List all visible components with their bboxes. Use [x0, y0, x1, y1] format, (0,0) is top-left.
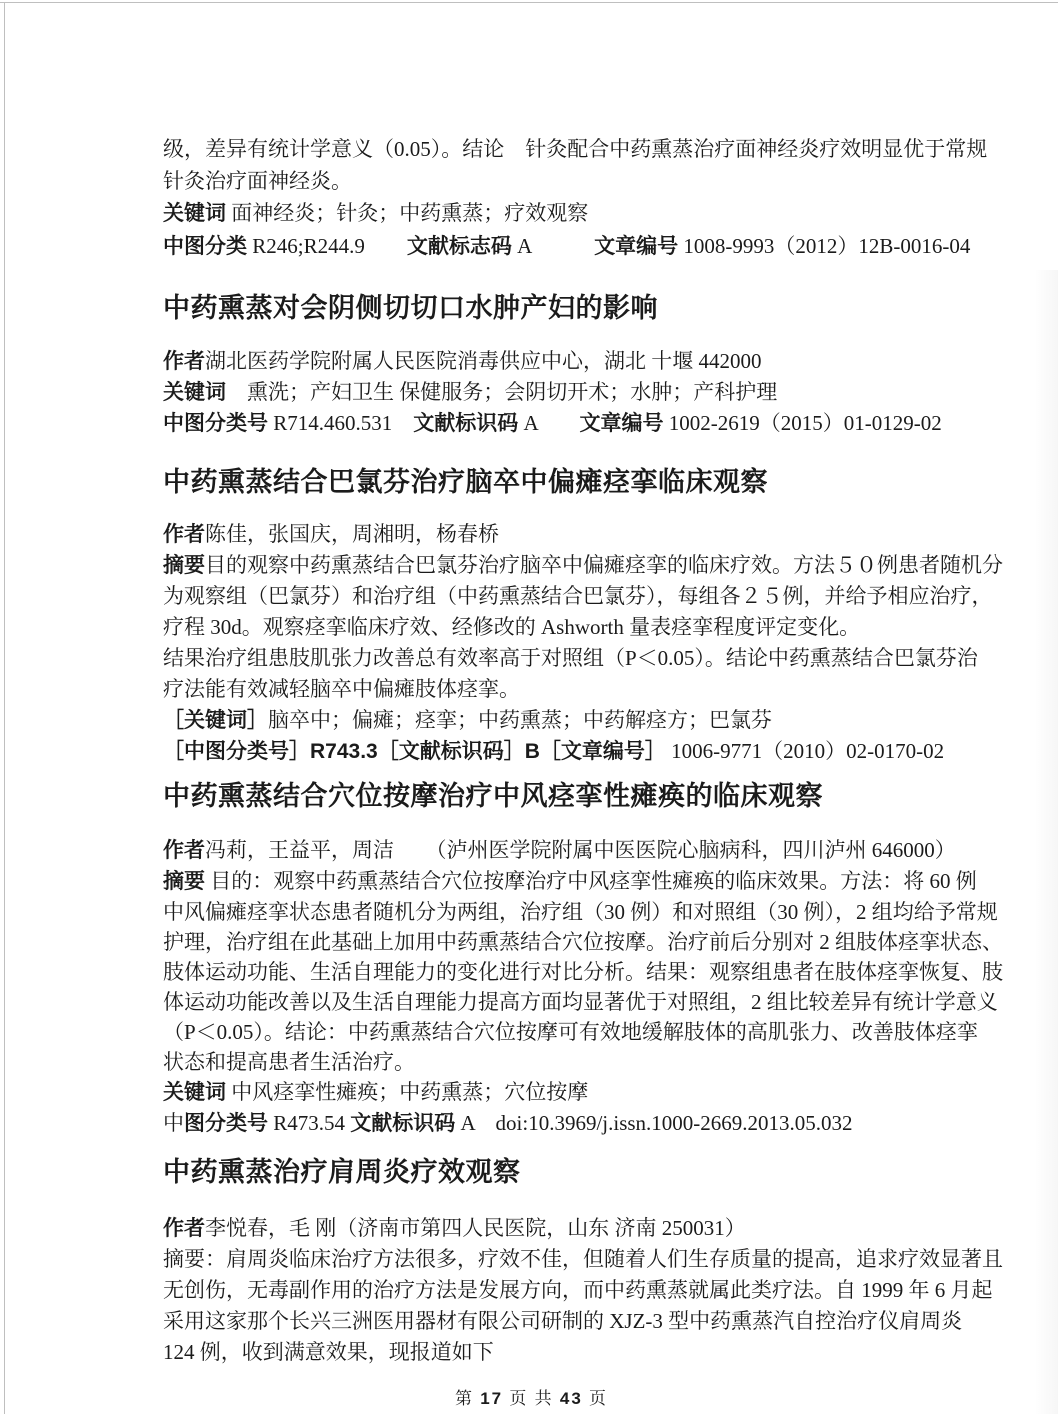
bold-label: R743.3	[310, 740, 378, 763]
classification-line: 中图分类 R246;R244.9 文献标志码 A 文章编号 1008-9993（…	[163, 230, 900, 263]
text-run: 目的：观察中药熏蒸结合穴位按摩治疗中风痉挛性瘫痪的临床效果。方法：将 60 例	[205, 869, 977, 893]
abstract-line: 疗程 30d。观察痉挛临床疗效、经修改的 Ashworth 量表痉挛程度评定变化…	[163, 612, 900, 643]
text-run: 体运动功能改善以及生活自理能力提高方面均显著优于对照组，2 组比较差异有统计学意…	[163, 990, 998, 1014]
author-line: 作者冯莉，王益平，周洁 （泸州医学院附属中医医院心脑病科，四川泸州 646000…	[163, 835, 900, 866]
text-run: 为观察组（巴氯芬）和治疗组（中药熏蒸结合巴氯芬），每组各２５例，并给予相应治疗，	[163, 584, 993, 608]
text-run: 护理，治疗组在此基础上加用中药熏蒸结合穴位按摩。治疗前后分别对 2 组肢体痉挛状…	[163, 930, 1003, 954]
text-run: 结果治疗组患肢肌张力改善总有效率高于对照组（P＜0.05）。结论中药熏蒸结合巴氯…	[163, 646, 978, 670]
document-page: { "page": { "background": "#ffffff", "te…	[0, 0, 1058, 1414]
abstract-line: 疗法能有效减轻脑卒中偏瘫肢体痉挛。	[163, 674, 900, 705]
text-run: R714.460.531	[268, 411, 413, 435]
article-section-4: 中药熏蒸结合穴位按摩治疗中风痉挛性瘫痪的临床观察 作者冯莉，王益平，周洁 （泸州…	[163, 777, 900, 1139]
bold-label: B	[525, 740, 540, 763]
bold-label: ［中图分类号］	[163, 740, 310, 763]
text-run: （P＜0.05）。结论：中药熏蒸结合穴位按摩可有效地缓解肢体的高肌张力、改善肢体…	[163, 1020, 978, 1044]
text-run: 目的观察中药熏蒸结合巴氯芬治疗脑卒中偏瘫痉挛的临床疗效。方法５０例患者随机分	[205, 553, 1003, 577]
text-run: 冯莉，王益平，周洁 （泸州医学院附属中医医院心脑病科，四川泸州 646000）	[205, 838, 956, 862]
abstract-line: 摘要 目的：观察中药熏蒸结合穴位按摩治疗中风痉挛性瘫痪的临床效果。方法：将 60…	[163, 866, 900, 897]
abstract-line: 结果治疗组患肢肌张力改善总有效率高于对照组（P＜0.05）。结论中药熏蒸结合巴氯…	[163, 643, 900, 674]
text-run: 中风痉挛性瘫痪；中药熏蒸；穴位按摩	[226, 1080, 588, 1104]
abstract-line: 采用这家那个长兴三洲医用器材有限公司研制的 XJZ-3 型中药熏蒸汽自控治疗仪肩…	[163, 1306, 900, 1337]
text-run: 页	[583, 1389, 608, 1408]
abstract-line: 体运动功能改善以及生活自理能力提高方面均显著优于对照组，2 组比较差异有统计学意…	[163, 987, 900, 1017]
author-line: 作者湖北医药学院附属人民医院消毒供应中心，湖北 十堰 442000	[163, 346, 900, 377]
bold-label: 摘要	[163, 554, 205, 577]
article-section-2: 中药熏蒸对会阴侧切切口水肿产妇的影响 作者湖北医药学院附属人民医院消毒供应中心，…	[163, 289, 900, 439]
bold-label: 中图分类	[163, 235, 247, 258]
text-line: 级，差异有统计学意义（0.05）。结论 针灸配合中药熏蒸治疗面神经炎疗效明显优于…	[163, 133, 900, 165]
abstract-line: 肢体运动功能、生活自理能力的变化进行对比分析。结果：观察组患者在肢体痉挛恢复、肢	[163, 957, 900, 987]
abstract-line: 无创伤，无毒副作用的治疗方法是发展方向，而中药熏蒸就属此类疗法。自 1999 年…	[163, 1275, 900, 1306]
article-title: 中药熏蒸对会阴侧切切口水肿产妇的影响	[163, 289, 900, 327]
text-run: A	[512, 234, 594, 258]
text-run: 采用这家那个长兴三洲医用器材有限公司研制的 XJZ-3 型中药熏蒸汽自控治疗仪肩…	[163, 1309, 962, 1333]
text-run: 第	[455, 1389, 480, 1408]
article-title: 中药熏蒸治疗肩周炎疗效观察	[163, 1153, 900, 1191]
page-edge-left-line	[4, 2, 5, 1414]
keywords-line: 关键词 面神经炎；针灸；中药熏蒸；疗效观察	[163, 197, 900, 230]
bold-label: 图分类号	[184, 1112, 268, 1135]
text-run: 级，差异有统计学意义（0.05）。结论 针灸配合中药熏蒸治疗面神经炎疗效明显优于…	[163, 137, 987, 161]
text-run: R473.54	[268, 1111, 350, 1135]
classification-line: ［中图分类号］R743.3［文献标识码］B［文章编号］ 1006-9771（20…	[163, 736, 900, 767]
text-run: R246;R244.9	[247, 234, 407, 258]
article-section-3: 中药熏蒸结合巴氯芬治疗脑卒中偏瘫痉挛临床观察 作者陈佳，张国庆，周湘明，杨春桥 …	[163, 463, 900, 767]
bold-label: 文献标识码	[350, 1112, 455, 1135]
abstract-line: 为观察组（巴氯芬）和治疗组（中药熏蒸结合巴氯芬），每组各２５例，并给予相应治疗，	[163, 581, 900, 612]
text-run: 摘要：肩周炎临床治疗方法很多，疗效不佳，但随着人们生存质量的提高，追求疗效显著且	[163, 1247, 1003, 1271]
abstract-line: 摘要：肩周炎临床治疗方法很多，疗效不佳，但随着人们生存质量的提高，追求疗效显著且	[163, 1244, 900, 1275]
bold-label: 关键词	[163, 1081, 226, 1104]
bold-label: ［文章编号］	[540, 740, 666, 763]
bold-label: 文献标志码	[407, 235, 512, 258]
bold-label: 文献标识码	[413, 412, 518, 435]
classification-line: 中图分类号 R473.54 文献标识码 A doi:10.3969/j.issn…	[163, 1108, 900, 1139]
article-title: 中药熏蒸结合穴位按摩治疗中风痉挛性瘫痪的临床观察	[163, 777, 900, 815]
abstract-line: （P＜0.05）。结论：中药熏蒸结合穴位按摩可有效地缓解肢体的高肌张力、改善肢体…	[163, 1017, 900, 1047]
bold-label: ［关键词］	[163, 709, 268, 732]
bold-label: 43	[560, 1389, 583, 1408]
text-run: A	[518, 411, 579, 435]
text-run: A doi:10.3969/j.issn.1000-2669.2013.05.0…	[455, 1111, 852, 1135]
text-line: 针灸治疗面神经炎。	[163, 165, 900, 197]
abstract-line: 状态和提高患者生活治疗。	[163, 1047, 900, 1077]
bold-label: 作者	[163, 350, 205, 373]
text-run: 状态和提高患者生活治疗。	[163, 1050, 415, 1074]
page-edge-right-shade	[1034, 270, 1058, 1414]
text-run: 面神经炎；针灸；中药熏蒸；疗效观察	[226, 201, 588, 225]
author-line: 作者陈佳，张国庆，周湘明，杨春桥	[163, 519, 900, 550]
keywords-line: ［关键词］脑卒中；偏瘫；痉挛；中药熏蒸；中药解痉方；巴氯芬	[163, 705, 900, 736]
bold-label: 作者	[163, 839, 205, 862]
text-run: 中	[163, 1111, 184, 1135]
text-run: 无创伤，无毒副作用的治疗方法是发展方向，而中药熏蒸就属此类疗法。自 1999 年…	[163, 1278, 993, 1302]
article-section-1: 级，差异有统计学意义（0.05）。结论 针灸配合中药熏蒸治疗面神经炎疗效明显优于…	[163, 133, 900, 263]
text-run: 肢体运动功能、生活自理能力的变化进行对比分析。结果：观察组患者在肢体痉挛恢复、肢	[163, 960, 1003, 984]
bold-label: 作者	[163, 1217, 205, 1240]
bold-label: 中图分类号	[163, 412, 268, 435]
bold-label: 关键词	[163, 202, 226, 225]
text-run: 1002-2619（2015）01-0129-02	[664, 411, 942, 435]
document-content: 级，差异有统计学意义（0.05）。结论 针灸配合中药熏蒸治疗面神经炎疗效明显优于…	[0, 0, 900, 1412]
bold-label: 作者	[163, 523, 205, 546]
abstract-line: 中风偏瘫痉挛状态患者随机分为两组，治疗组（30 例）和对照组（30 例），2 组…	[163, 897, 900, 927]
article-title: 中药熏蒸结合巴氯芬治疗脑卒中偏瘫痉挛临床观察	[163, 463, 900, 501]
article-section-5: 中药熏蒸治疗肩周炎疗效观察 作者李悦春，毛 刚（济南市第四人民医院，山东 济南 …	[163, 1153, 900, 1368]
text-run: 湖北医药学院附属人民医院消毒供应中心，湖北 十堰 442000	[205, 349, 762, 373]
author-line: 作者李悦春，毛 刚（济南市第四人民医院，山东 济南 250031）	[163, 1213, 900, 1244]
abstract-line: 护理，治疗组在此基础上加用中药熏蒸结合穴位按摩。治疗前后分别对 2 组肢体痉挛状…	[163, 927, 900, 957]
abstract-line: 摘要目的观察中药熏蒸结合巴氯芬治疗脑卒中偏瘫痉挛的临床疗效。方法５０例患者随机分	[163, 550, 900, 581]
bold-label: 摘要	[163, 870, 205, 893]
text-run: 脑卒中；偏瘫；痉挛；中药熏蒸；中药解痉方；巴氯芬	[268, 708, 772, 732]
classification-line: 中图分类号 R714.460.531 文献标识码 A 文章编号 1002-261…	[163, 408, 900, 439]
text-run: 1008-9993（2012）12B-0016-04	[678, 234, 970, 258]
text-run: 页 共	[503, 1389, 560, 1408]
keywords-line: 关键词 熏洗；产妇卫生 保健服务；会阴切开术；水肿；产科护理	[163, 377, 900, 408]
text-run: 陈佳，张国庆，周湘明，杨春桥	[205, 522, 499, 546]
page-edge-top-line	[0, 2, 1058, 3]
keywords-line: 关键词 中风痉挛性瘫痪；中药熏蒸；穴位按摩	[163, 1077, 900, 1108]
text-run: 针灸治疗面神经炎。	[163, 169, 352, 193]
text-run: 124 例，收到满意效果，现报道如下	[163, 1340, 494, 1364]
text-run: 中风偏瘫痉挛状态患者随机分为两组，治疗组（30 例）和对照组（30 例），2 组…	[163, 900, 998, 924]
bold-label: 文章编号	[580, 412, 664, 435]
bold-label: 文章编号	[594, 235, 678, 258]
text-run: 疗程 30d。观察痉挛临床疗效、经修改的 Ashworth 量表痉挛程度评定变化…	[163, 615, 860, 639]
page-number: 第 17 页 共 43 页	[163, 1386, 900, 1412]
text-run: 疗法能有效减轻脑卒中偏瘫肢体痉挛。	[163, 677, 520, 701]
bold-label: 17	[480, 1389, 503, 1408]
text-run: 李悦春，毛 刚（济南市第四人民医院，山东 济南 250031）	[205, 1216, 746, 1240]
abstract-line: 124 例，收到满意效果，现报道如下	[163, 1337, 900, 1368]
text-run: 熏洗；产妇卫生 保健服务；会阴切开术；水肿；产科护理	[226, 380, 777, 404]
text-run: 1006-9771（2010）02-0170-02	[666, 739, 944, 763]
bold-label: ［文献标识码］	[378, 740, 525, 763]
bold-label: 关键词	[163, 381, 226, 404]
